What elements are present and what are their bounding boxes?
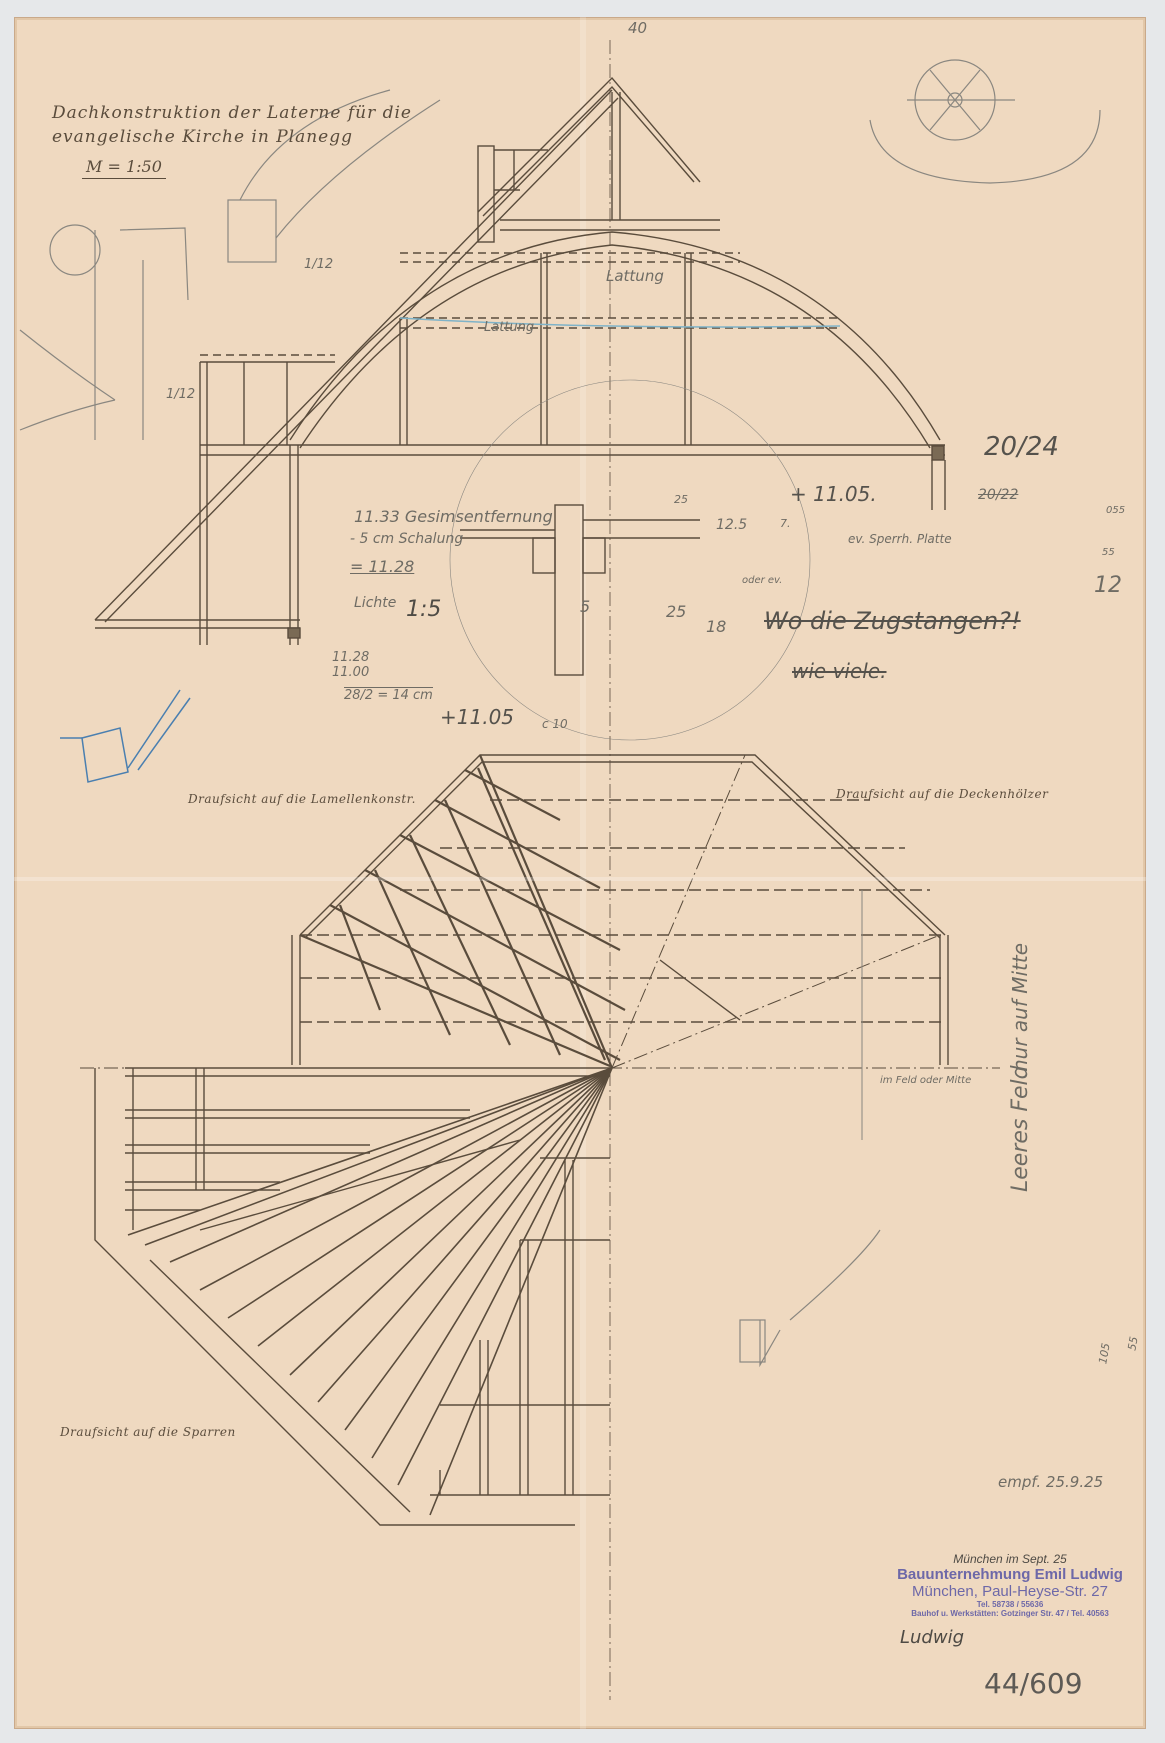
- signature: Ludwig: [900, 1627, 964, 1648]
- note-beam-size: 20/24: [984, 432, 1059, 462]
- note-plan-mid: im Feld oder Mitte: [880, 1075, 971, 1086]
- title-line-2: evangelische Kirche in Planegg: [52, 125, 412, 149]
- stamp-address: München, Paul-Heyse-Str. 27: [860, 1583, 1160, 1600]
- scale-label: M = 1:50: [82, 157, 166, 179]
- note-calc2-2: 11.00: [332, 665, 369, 680]
- note-question: Wo die Zugstangen?!: [764, 607, 1021, 635]
- stamp-yard: Bauhof u. Werkstätten: Gotzinger Str. 47…: [860, 1609, 1160, 1618]
- note-55b: 55: [1125, 1335, 1140, 1351]
- note-calc-2: - 5 cm Schalung: [350, 531, 463, 547]
- drawing-title: Dachkonstruktion der Laterne für die eva…: [52, 101, 412, 149]
- note-calc2-3: 28/2 = 14 cm: [344, 687, 433, 703]
- archive-number: 44/609: [984, 1667, 1083, 1700]
- note-detail-1-12-b: 1/12: [166, 387, 195, 402]
- note-calc-1: 11.33 Gesimsentfernung: [354, 507, 553, 526]
- note-detail-1-12-a: 1/12: [304, 257, 333, 272]
- note-question-2: wie viele.: [792, 659, 887, 683]
- note-level-top: + 11.05.: [790, 482, 877, 506]
- stamp-place-date: München im Sept. 25: [860, 1552, 1160, 1566]
- note-detail-scale: 1:5: [406, 597, 441, 622]
- title-line-1: Dachkonstruktion der Laterne für die: [52, 101, 412, 125]
- note-12: 12: [1094, 573, 1122, 598]
- construction-drawing: [14, 17, 1146, 1729]
- drawing-sheet: Dachkonstruktion der Laterne für die eva…: [14, 17, 1146, 1729]
- caption-lamella-plan: Draufsicht auf die Lamellenkonstr.: [188, 792, 416, 806]
- note-apex-dim: 40: [628, 19, 647, 37]
- note-nur-auf-mitte: nur auf Mitte: [1008, 943, 1032, 1072]
- stamp-company: Bauunternehmung Emil Ludwig: [860, 1566, 1160, 1583]
- note-dim-18: 18: [706, 617, 726, 636]
- stamp-phone: Tel. 58738 / 55636: [860, 1600, 1160, 1609]
- date-note: empf. 25.9.25: [998, 1473, 1103, 1491]
- note-lattung-top: Lattung: [606, 267, 664, 285]
- note-055: 055: [1106, 505, 1125, 516]
- note-dim-5: 5: [580, 597, 590, 616]
- note-crossed-size: 20/22: [978, 487, 1018, 503]
- note-oder: oder ev.: [742, 575, 782, 586]
- note-calc-3: = 11.28: [350, 557, 414, 576]
- caption-ceiling-plan: Draufsicht auf die Deckenhölzer: [836, 787, 1048, 801]
- note-c10: c 10: [542, 717, 568, 731]
- note-lichte: Lichte: [354, 595, 396, 611]
- note-leeres-feld: Leeres Feld: [1008, 1065, 1033, 1192]
- note-dim-12-5: 12.5: [716, 517, 747, 533]
- note-sperrholz: ev. Sperrh. Platte: [848, 532, 952, 546]
- note-lattung-mid: Lattung: [484, 320, 534, 335]
- note-calc2-1: 11.28: [332, 650, 369, 665]
- note-55a: 55: [1102, 547, 1115, 558]
- note-dim-25a: 25: [666, 602, 686, 621]
- caption-rafter-plan: Draufsicht auf die Sparren: [60, 1425, 236, 1439]
- company-stamp: München im Sept. 25 Bauunternehmung Emil…: [860, 1552, 1160, 1618]
- note-dim-7: 7.: [780, 517, 791, 530]
- note-dim-25b: 25: [674, 493, 688, 506]
- note-level-bottom: +11.05: [440, 705, 514, 729]
